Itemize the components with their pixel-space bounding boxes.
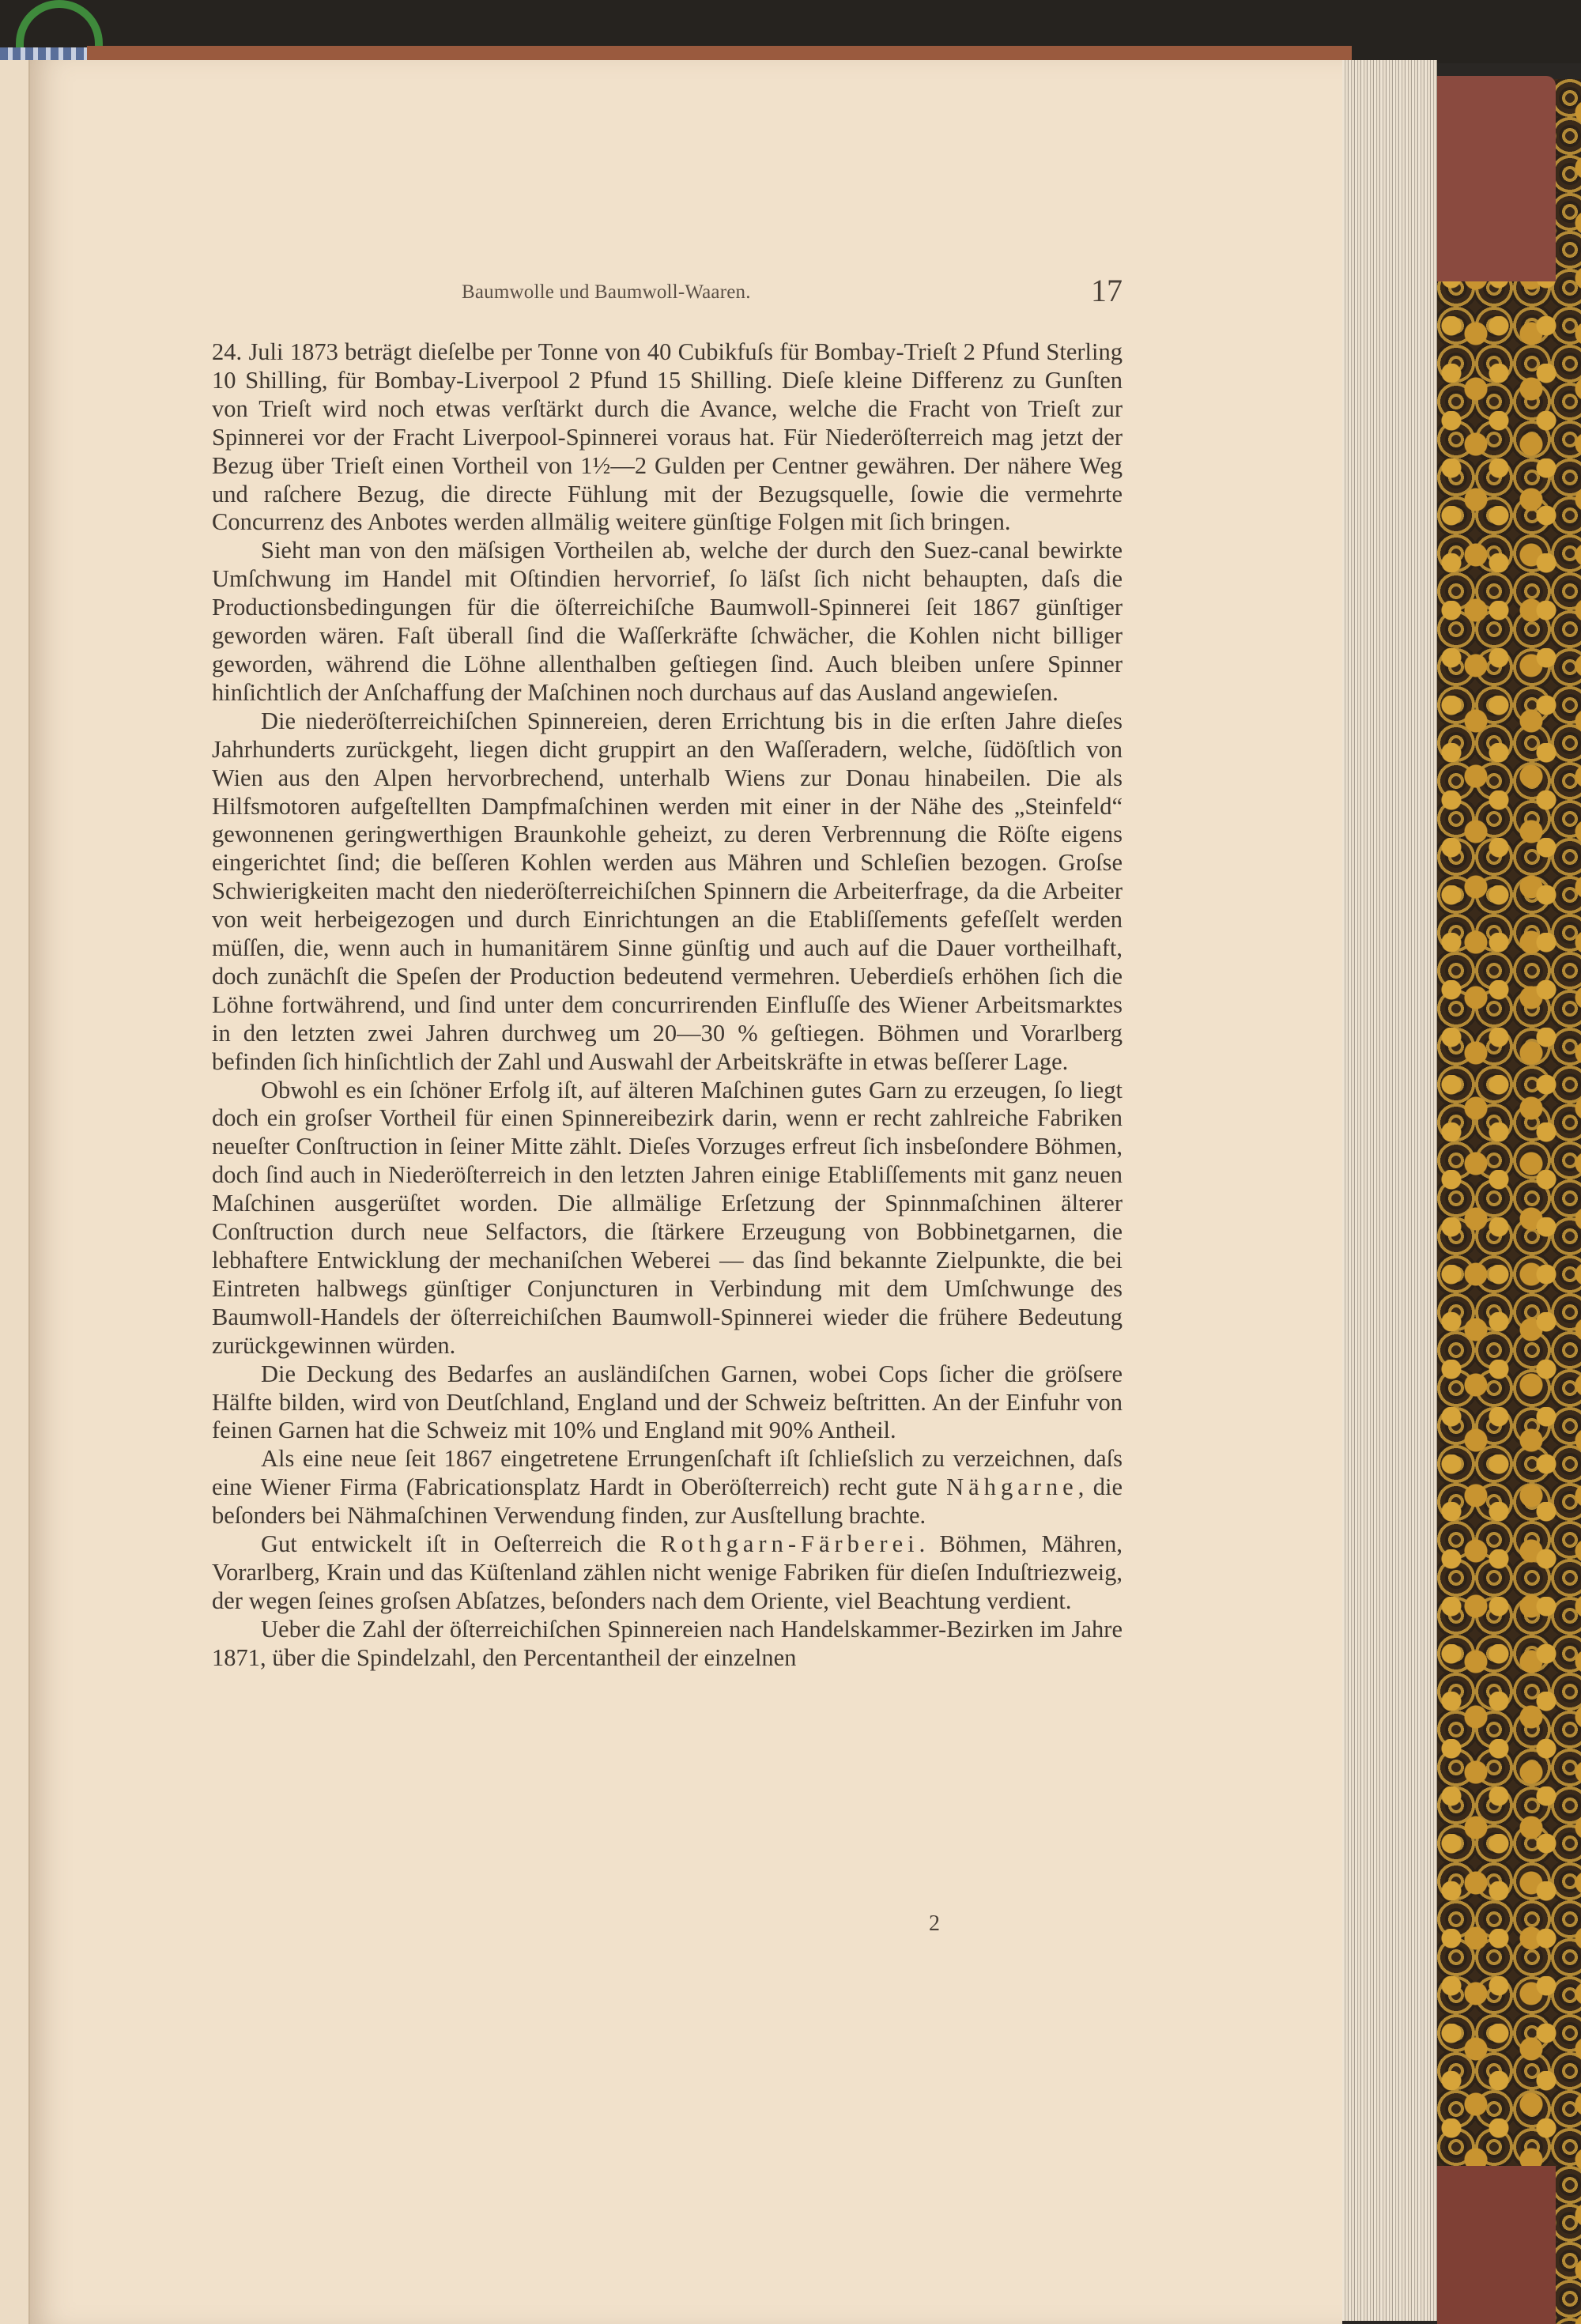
emphasis-naehgarne: Nähgarne (946, 1473, 1078, 1500)
paragraph-8: Ueber die Zahl der öſterreichiſchen Spin… (212, 1616, 1123, 1673)
marbled-cover (1437, 79, 1581, 2324)
running-title: Baumwolle und Baumwoll-Waaren. (462, 281, 751, 304)
signature-mark: 2 (929, 1911, 940, 1937)
body-text: 24. Juli 1873 beträgt dieſelbe per Tonne… (212, 338, 1123, 1673)
paragraph-3: Die niederöſterreichiſchen Spinnereien, … (212, 707, 1123, 1077)
emphasis-rothgarn-faerberei: Rothgarn-Färberei (660, 1530, 919, 1557)
leather-corner-top (1437, 76, 1556, 281)
facing-page-edge (0, 60, 30, 2324)
paragraph-2: Sieht man von den mäſsigen Vortheilen ab… (212, 537, 1123, 707)
leather-corner-bottom (1437, 2166, 1556, 2324)
running-head: Baumwolle und Baumwoll-Waaren. 17 (212, 277, 1123, 316)
spine-edge (87, 46, 1352, 62)
page-stack-edges (1342, 60, 1437, 2321)
paragraph-7-text-before: Gut entwickelt iſt in Oeſterreich die (261, 1530, 660, 1557)
paragraph-1: 24. Juli 1873 beträgt dieſelbe per Tonne… (212, 338, 1123, 537)
page-number: 17 (1091, 272, 1123, 309)
paragraph-6: Als eine neue ſeit 1867 eingetretene Err… (212, 1445, 1123, 1530)
paragraph-7: Gut entwickelt iſt in Oeſterreich die Ro… (212, 1530, 1123, 1616)
paragraph-5: Die Deckung des Bedarfes an ausländiſche… (212, 1360, 1123, 1446)
paragraph-4: Obwohl es ein ſchöner Erfolg iſt, auf äl… (212, 1077, 1123, 1360)
